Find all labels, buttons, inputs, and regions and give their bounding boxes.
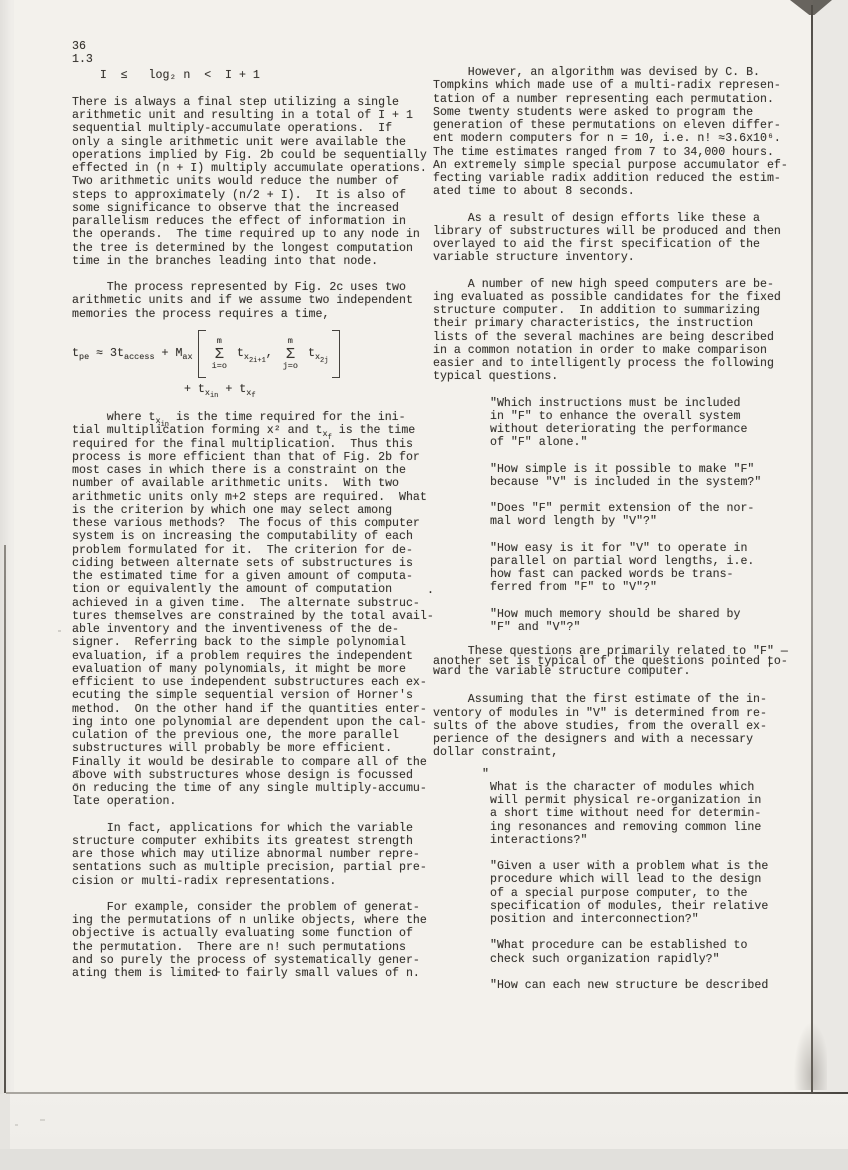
page-edge-vertical-line (811, 5, 813, 1093)
paragraph-tompkins-algorithm: However, an algorithm was devised by C. … (433, 66, 811, 199)
summation-1: mΣi=o (209, 337, 230, 370)
equation-tpe: tpe ≈ 3taccess + Max mΣi=o tx2i+1, mΣj=o… (72, 330, 447, 396)
eq-term-1: tx2i+1, (230, 347, 280, 360)
paragraph-permutations-example: For example, consider the problem of gen… (72, 901, 447, 981)
scan-speck (58, 630, 61, 632)
paragraph-these-questions: These questions are primarily related to… (433, 647, 811, 676)
quote-f-question-5: "How much memory should be shared by "F"… (490, 608, 811, 635)
scan-speck (40, 1119, 45, 1121)
paragraph-library-substructures: As a result of design efforts like these… (433, 212, 811, 265)
inequality-formula: I ≤ log₂ n < I + 1 (72, 69, 447, 82)
sigma-icon: Σ (286, 347, 295, 362)
scan-left-edge-line (4, 545, 6, 1093)
quote-v-question-1: " What is the character of modules which… (490, 768, 811, 848)
eq-term-2: tx2j (301, 347, 328, 360)
left-column: 361.3 I ≤ log₂ n < I + 1 There is always… (72, 40, 447, 980)
summation-2: mΣj=o (280, 337, 301, 370)
quote-f-question-3: "Does "F" permit extension of the nor- m… (490, 502, 811, 529)
eq-lhs: tpe ≈ 3taccess + Max (72, 347, 193, 360)
quote-f-question-1: "Which instructions must be included in … (490, 397, 811, 450)
paragraph-final-step: There is always a final step utilizing a… (72, 96, 447, 268)
scan-bottom-band (0, 1149, 848, 1170)
section-number: 1.3 (72, 53, 93, 66)
scan-left-edge-band (0, 0, 14, 1170)
equation-line-2: + txin + txf (184, 383, 447, 396)
quote-v-question-3: "What procedure can be established to ch… (490, 939, 811, 966)
paragraph-new-computers: A number of new high speed computers are… (433, 278, 811, 384)
sigma-icon: Σ (215, 347, 224, 362)
right-column: However, an algorithm was devised by C. … (433, 66, 811, 992)
quote-f-question-2: "How simple is it possible to make "F" b… (490, 463, 811, 490)
page-number: 36 (72, 40, 86, 53)
scanned-paper-page: - . ' 361.3 I ≤ log₂ n < I + 1 There is … (0, 0, 848, 1170)
quote-v-question-4: "How can each new structure be described (490, 979, 811, 992)
paragraph-process-fig2c: The process represented by Fig. 2c uses … (72, 281, 447, 321)
scan-right-margin-strip (813, 0, 848, 1093)
left-bracket (198, 330, 206, 378)
scan-speck (15, 1124, 18, 1126)
scan-smudge (793, 1020, 827, 1090)
paragraph-applications: In fact, applications for which the vari… (72, 822, 447, 888)
page-header: 361.3 (72, 40, 447, 67)
paragraph-assuming-inventory: Assuming that the first estimate of the … (433, 693, 811, 759)
right-bracket (332, 330, 340, 378)
quote-v-question-2: "Given a user with a problem what is the… (490, 860, 811, 926)
quote-f-question-4: "How easy is it for "V" to operate in pa… (490, 542, 811, 595)
paragraph-where-timing: where txin is the time required for the … (72, 411, 447, 809)
